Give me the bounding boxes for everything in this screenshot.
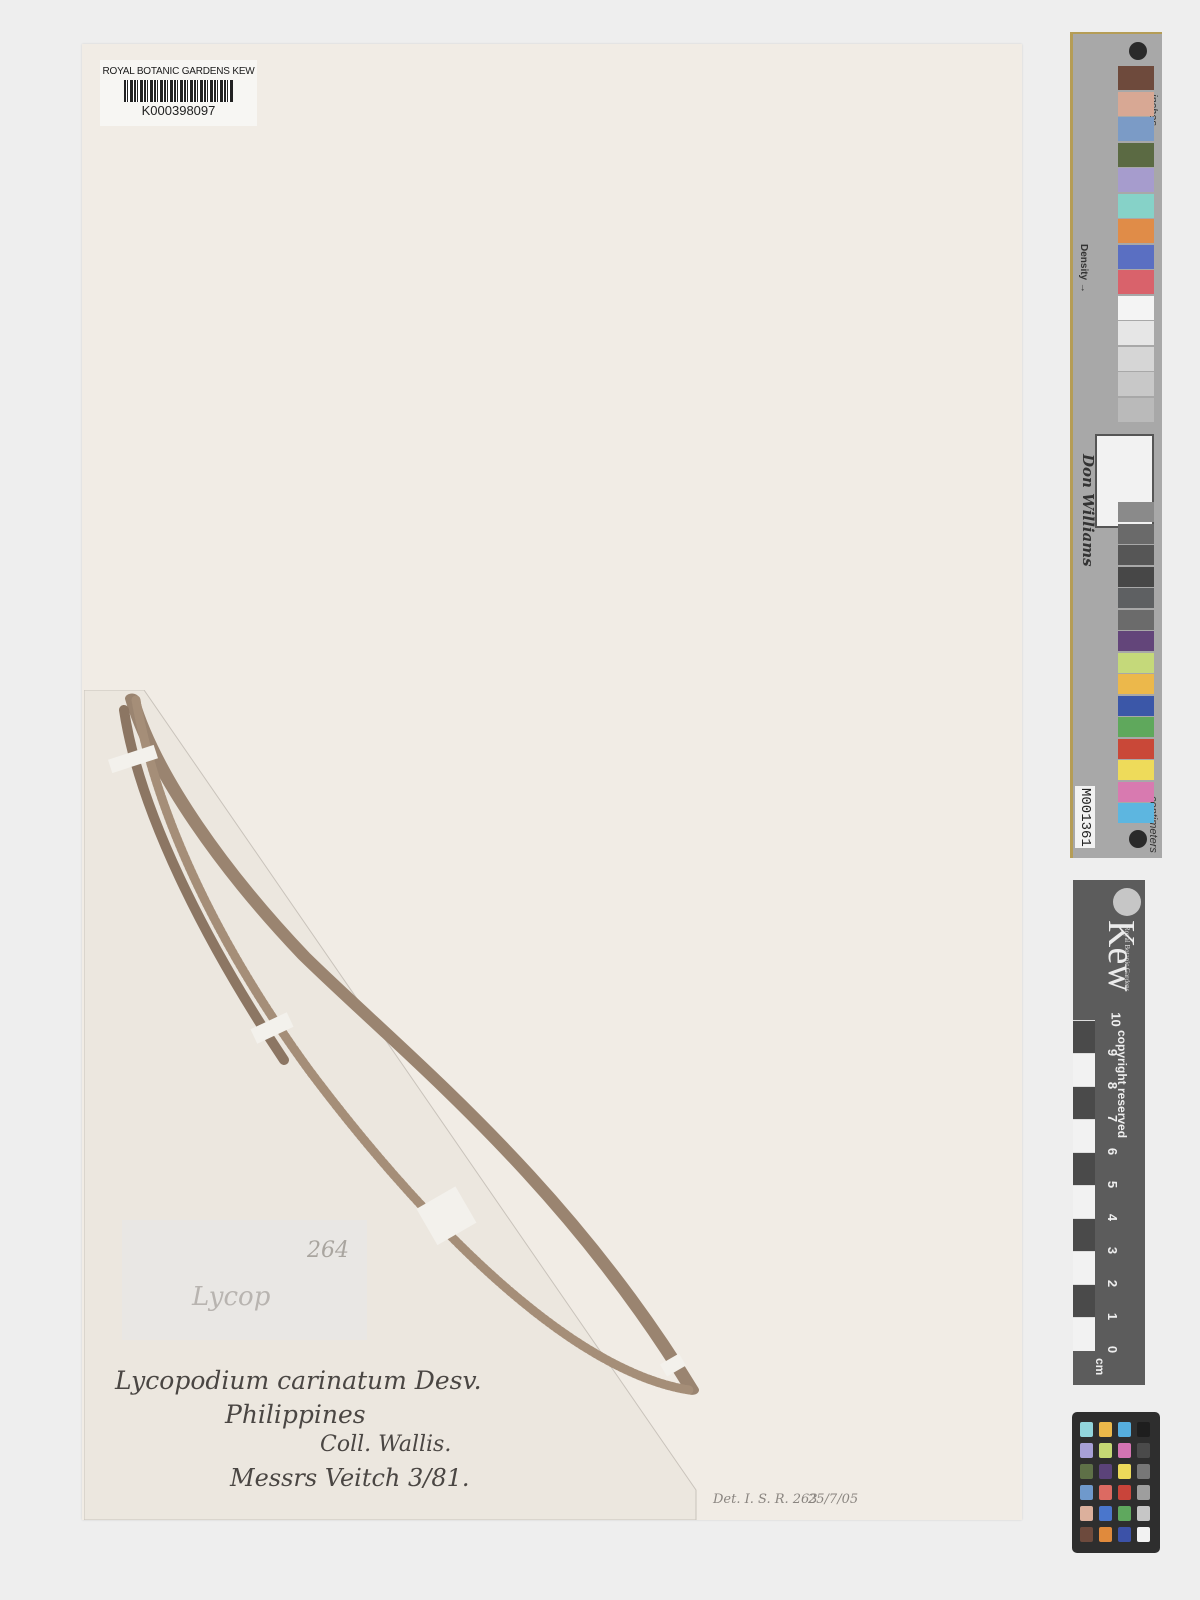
colour-swatch [1118,524,1154,544]
scale-digit: 3 [1105,1247,1120,1254]
colour-swatch [1118,92,1154,116]
checker-patch [1080,1422,1093,1437]
colour-swatch [1118,194,1154,218]
barcode-label: ROYAL BOTANIC GARDENS KEW K000398097 [100,60,257,126]
colour-swatch [1118,245,1154,269]
scale-segment [1073,1119,1095,1153]
checker-patch [1099,1527,1112,1542]
colour-swatch [1118,631,1154,651]
checker-patch [1137,1443,1150,1458]
checker-patch [1080,1506,1093,1521]
colour-swatch [1118,717,1154,737]
locality: Philippines [225,1400,366,1429]
royal-crest-icon [1113,888,1141,916]
kew-scale-bar: Royal Botanic Gardens Kew copyright rese… [1073,880,1145,1385]
unit-label: cm [1093,1358,1107,1375]
checker-patch [1118,1422,1131,1437]
colour-swatch [1118,143,1154,167]
determination-date: 25/7/05 [808,1492,858,1507]
checker-patch [1137,1506,1150,1521]
scale-digit: 5 [1105,1181,1120,1188]
checker-patch [1118,1485,1131,1500]
genus-abbreviation: Lycop [192,1282,270,1312]
checker-patch [1137,1464,1150,1479]
colour-checker [1072,1412,1160,1553]
scale-ticks [1073,1020,1095,1352]
scale-digit: 1 [1105,1313,1120,1320]
colour-swatch [1118,321,1154,345]
colour-swatch [1118,782,1154,802]
checker-patch [1099,1485,1112,1500]
colour-swatch [1118,347,1154,371]
checker-patch [1099,1506,1112,1521]
scale-segment [1073,1086,1095,1120]
specimen-number: 264 [307,1238,349,1263]
kew-logo: Kew [1099,920,1143,992]
scale-segment [1073,1251,1095,1285]
colour-swatch [1118,567,1154,587]
colour-swatch [1118,760,1154,780]
scale-segment [1073,1185,1095,1219]
punch-hole-icon [1129,830,1147,848]
colour-swatch [1118,674,1154,694]
colour-swatch [1118,270,1154,294]
colour-swatch [1118,545,1154,565]
checker-patch [1118,1443,1131,1458]
scale-digit: 10 [1109,1012,1124,1026]
scale-digit: 8 [1105,1082,1120,1089]
scale-segment [1073,1317,1095,1351]
scale-segment [1073,1152,1095,1186]
scale-digit: 9 [1105,1049,1120,1056]
scale-segment [1073,1284,1095,1318]
checker-patch [1080,1527,1093,1542]
scale-digit: 2 [1105,1280,1120,1287]
scale-digit: 0 [1105,1346,1120,1353]
colour-swatch [1118,117,1154,141]
taxon-name: Lycopodium carinatum Desv. [115,1366,482,1395]
scale-segment [1073,1053,1095,1087]
scale-digit: 7 [1105,1115,1120,1122]
colour-swatch [1118,66,1154,90]
collector: Coll. Wallis. [320,1432,451,1457]
strip-code: M001361 [1075,786,1095,848]
colour-swatch [1118,296,1154,320]
barcode-number: K000398097 [100,103,257,118]
checker-patch [1118,1464,1131,1479]
colour-swatch [1118,219,1154,243]
checker-patch [1137,1527,1150,1542]
checker-patch [1080,1485,1093,1500]
checker-patch [1137,1422,1150,1437]
checker-patch [1118,1506,1131,1521]
barcode-icon [124,80,233,102]
determination-stamp: Det. I. S. R. 263 [713,1492,818,1507]
institution-name: ROYAL BOTANIC GARDENS KEW [100,66,257,77]
source-date: Messrs Veitch 3/81. [230,1464,470,1492]
colour-swatch [1118,739,1154,759]
colour-reference-strip: inches Density → Don Williams M001361 ce… [1070,32,1162,858]
colour-swatch [1118,398,1154,422]
colour-swatch [1118,588,1154,608]
colour-swatch [1118,502,1154,522]
checker-patch [1118,1527,1131,1542]
scale-digit: 4 [1105,1214,1120,1221]
checker-patch [1137,1485,1150,1500]
determination-label: Lycopodium carinatum Desv. Philippines C… [100,1340,560,1500]
checker-patch [1099,1443,1112,1458]
scale-segment [1073,1020,1095,1054]
colour-swatch [1118,168,1154,192]
colour-swatch [1118,653,1154,673]
density-label: Density → [1078,244,1089,293]
colour-swatch [1118,610,1154,630]
checker-patch [1099,1422,1112,1437]
checker-patch [1080,1464,1093,1479]
pencil-annotation: 264 Lycop [122,1220,367,1340]
scale-segment [1073,1218,1095,1252]
colour-swatch [1118,696,1154,716]
colour-swatch [1118,372,1154,396]
checker-patch [1080,1443,1093,1458]
checker-patch [1099,1464,1112,1479]
scale-digit: 6 [1105,1148,1120,1155]
punch-hole-icon [1129,42,1147,60]
colour-swatch [1118,803,1154,823]
